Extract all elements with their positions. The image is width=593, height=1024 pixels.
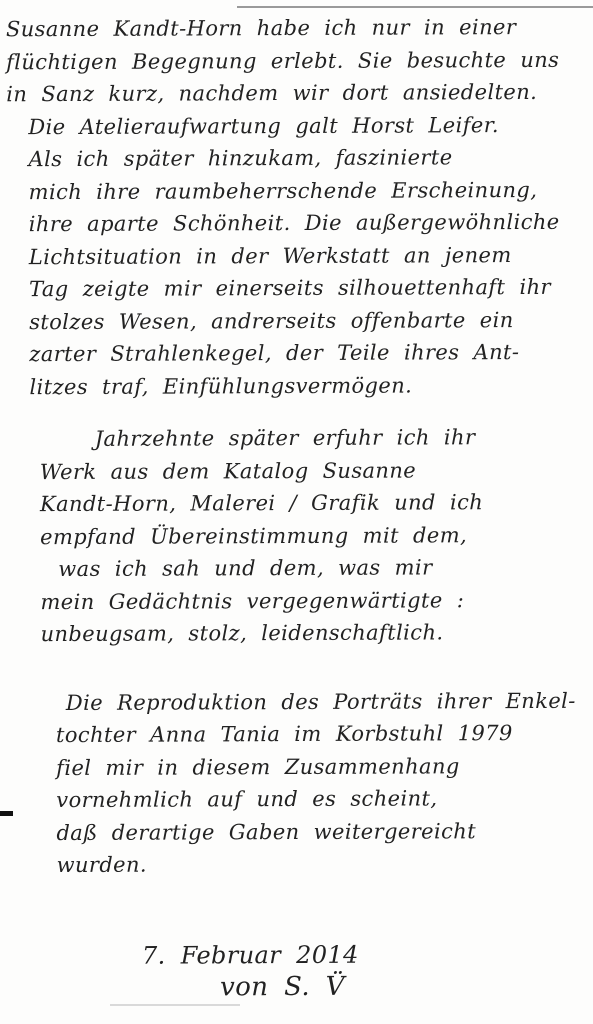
scan-artifact-line — [237, 6, 593, 8]
handwritten-line: in Sanz kurz, nachdem wir dort ansiedelt… — [6, 76, 591, 111]
handwritten-line: Werk aus dem Katalog Susanne — [40, 453, 593, 488]
signature: von S. V̈ — [2, 970, 593, 1005]
handwritten-line: tochter Anna Tania im Korbstuhl 1979 — [56, 717, 593, 752]
handwritten-line: stolzes Wesen, andrerseits offenbarte ei… — [7, 303, 592, 338]
handwritten-line: vornehmlich auf und es scheint, — [56, 782, 593, 817]
handwritten-line: Kandt-Horn, Malerei / Grafik und ich — [40, 486, 593, 521]
handwritten-line: zarter Strahlenkegel, der Teile ihres An… — [7, 336, 592, 371]
paragraph-1: Susanne Kandt-Horn habe ich nur in einer… — [0, 11, 593, 404]
date-line: 7. Februar 2014 — [2, 937, 593, 972]
handwritten-line: empfand Übereinstimmung mit dem, — [40, 518, 593, 553]
handwritten-line: flüchtigen Begegnung erlebt. Sie besucht… — [6, 43, 591, 78]
paragraph-3: Die Reproduktion des Porträts ihrer Enke… — [1, 684, 593, 882]
handwritten-line: Tag zeigte mir einerseits silhouettenhaf… — [7, 271, 592, 306]
handwritten-line: unbeugsam, stolz, leidenschaftlich. — [40, 616, 593, 651]
handwritten-line: Als ich später hinzukam, faszinierte — [6, 141, 591, 176]
paragraph-2: Jahrzehnte später erfuhr ich ihr Werk au… — [0, 421, 593, 651]
handwritten-line: daß derartige Gaben weitergereicht — [56, 814, 593, 849]
handwritten-line: Susanne Kandt-Horn habe ich nur in einer — [6, 11, 591, 46]
handwritten-line: Lichtsituation in der Werkstatt an jenem — [7, 238, 592, 273]
handwritten-line: Die Atelieraufwartung galt Horst Leifer. — [6, 108, 591, 143]
handwritten-line: Die Reproduktion des Porträts ihrer Enke… — [56, 684, 593, 719]
handwritten-line: mich ihre raumbeherrschende Erscheinung, — [7, 173, 592, 208]
handwritten-line: mein Gedächtnis vergegenwärtigte : — [40, 583, 593, 618]
scan-artifact-smudge — [110, 1004, 240, 1006]
handwritten-line: Jahrzehnte später erfuhr ich ihr — [40, 421, 593, 456]
handwritten-line: ihre aparte Schönheit. Die außergewöhnli… — [7, 206, 592, 241]
handwritten-line: fiel mir in diesem Zusammenhang — [56, 749, 593, 784]
scanned-page: Susanne Kandt-Horn habe ich nur in einer… — [0, 0, 593, 1024]
handwritten-line: was ich sah und dem, was mir — [40, 551, 593, 586]
handwritten-line: wurden. — [56, 847, 593, 882]
handwritten-line: litzes traf, Einfühlungsvermögen. — [7, 368, 592, 403]
handwritten-text: Susanne Kandt-Horn habe ich nur in einer… — [0, 11, 593, 1005]
